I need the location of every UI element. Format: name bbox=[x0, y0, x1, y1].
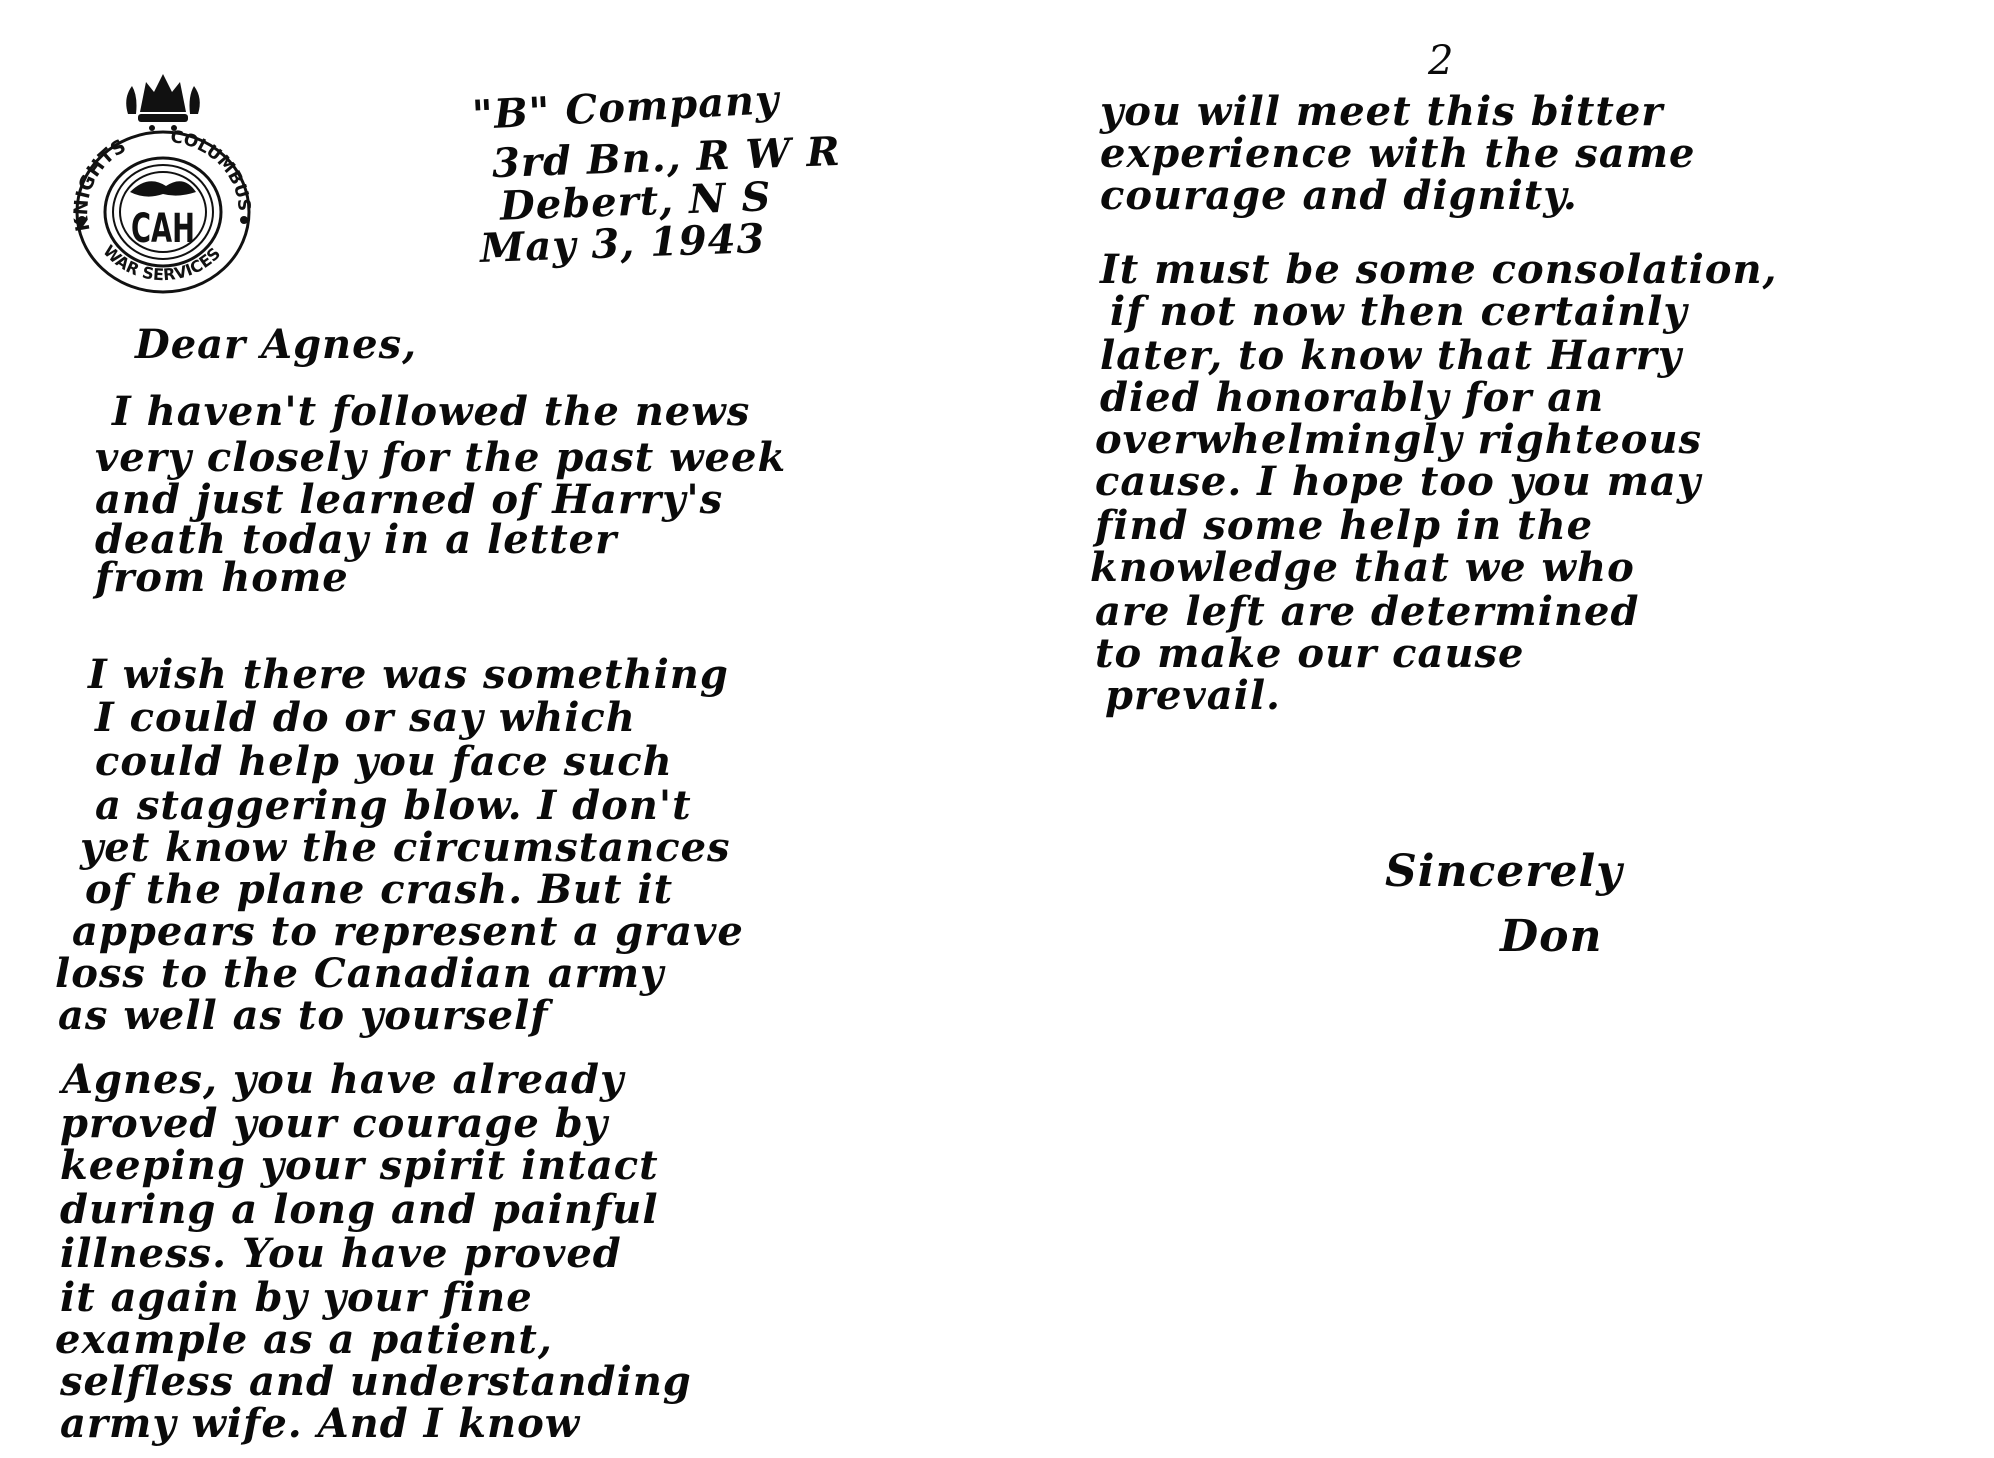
paragraph-line: find some help in the bbox=[1095, 506, 1593, 546]
paragraph-line: It must be some consolation, bbox=[1100, 250, 1777, 290]
paragraph-line: keeping your spirit intact bbox=[60, 1146, 659, 1186]
paragraph-line: proved your courage by bbox=[60, 1104, 608, 1144]
logo-cah-text: CAH bbox=[131, 206, 195, 252]
paragraph-line: if not now then certainly bbox=[1110, 292, 1688, 332]
paragraph-line: knowledge that we who bbox=[1090, 548, 1635, 588]
paragraph-line: died honorably for an bbox=[1100, 378, 1604, 418]
paragraph-line: experience with the same bbox=[1100, 134, 1696, 174]
paragraph-line: I haven't followed the news bbox=[112, 392, 750, 432]
paragraph-line: Agnes, you have already bbox=[62, 1060, 624, 1100]
paragraph-line: to make our cause bbox=[1095, 634, 1525, 674]
paragraph-line: a staggering blow. I don't bbox=[95, 786, 692, 826]
paragraph-line: you will meet this bitter bbox=[1100, 92, 1663, 132]
paragraph-line: and just learned of Harry's bbox=[95, 480, 723, 520]
paragraph-line: selfless and understanding bbox=[60, 1362, 692, 1402]
paragraph-line: loss to the Canadian army bbox=[55, 954, 664, 994]
paragraph-line: example as a patient, bbox=[55, 1320, 553, 1360]
salutation: Dear Agnes, bbox=[135, 325, 417, 365]
paragraph-line: from home bbox=[95, 558, 349, 598]
paragraph-line: it again by your fine bbox=[60, 1278, 533, 1318]
paragraph-line: cause. I hope too you may bbox=[1095, 462, 1701, 502]
paragraph-line: I wish there was something bbox=[88, 655, 729, 695]
signature: Don bbox=[1500, 915, 1603, 959]
letter-date: May 3, 1943 bbox=[479, 219, 766, 269]
paragraph-line: I could do or say which bbox=[95, 698, 636, 738]
paragraph-line: very closely for the past week bbox=[95, 438, 786, 478]
paragraph-line: later, to know that Harry bbox=[1100, 336, 1682, 376]
letter-page-1: KNIGHTS COLUMBUS WAR SERVICES CAH "B" Co… bbox=[0, 0, 1000, 1458]
paragraph-line: army wife. And I know bbox=[60, 1404, 580, 1444]
address-company: "B" Company bbox=[471, 80, 780, 136]
paragraph-line: yet know the circumstances bbox=[80, 828, 731, 868]
paragraph-line: overwhelmingly righteous bbox=[1095, 420, 1702, 460]
paragraph-line: as well as to yourself bbox=[58, 996, 548, 1036]
paragraph-line: appears to represent a grave bbox=[72, 912, 744, 952]
letter-page-2: 2 you will meet this bitter experience w… bbox=[1000, 0, 1994, 1458]
paragraph-line: during a long and painful bbox=[60, 1190, 659, 1230]
page-number: 2 bbox=[1428, 38, 1453, 84]
closing: Sincerely bbox=[1385, 850, 1623, 894]
paragraph-line: prevail. bbox=[1105, 676, 1281, 716]
paragraph-line: courage and dignity. bbox=[1100, 176, 1578, 216]
paragraph-line: could help you face such bbox=[95, 742, 673, 782]
knights-of-columbus-emblem-icon: KNIGHTS COLUMBUS WAR SERVICES CAH bbox=[68, 70, 258, 295]
paragraph-line: are left are determined bbox=[1095, 592, 1639, 632]
paragraph-line: illness. You have proved bbox=[60, 1234, 622, 1274]
paragraph-line: of the plane crash. But it bbox=[85, 870, 673, 910]
